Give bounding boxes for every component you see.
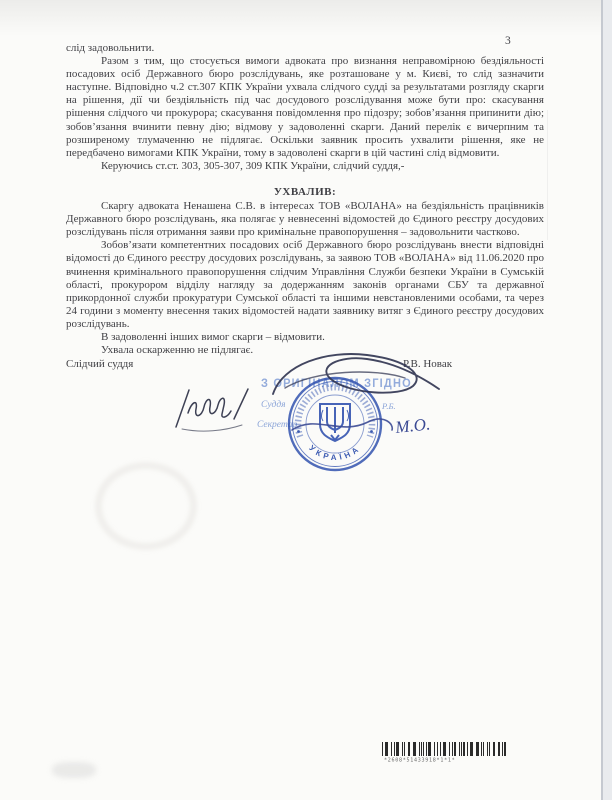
barcode-bar bbox=[419, 742, 420, 756]
scan-right-edge bbox=[601, 0, 612, 800]
barcode-bar bbox=[443, 742, 446, 756]
barcode-bar bbox=[428, 742, 431, 756]
barcode-bar bbox=[467, 742, 468, 756]
barcode-text: *2608*51433918*1*1* bbox=[384, 757, 455, 763]
barcode-bar bbox=[423, 742, 424, 756]
barcode-bar bbox=[413, 742, 416, 756]
barcode-bar bbox=[489, 742, 490, 756]
barcode-bar bbox=[382, 742, 383, 756]
flourish-signature bbox=[255, 348, 455, 412]
doc-paragraph: Разом з тим, що стосується вимоги адвока… bbox=[66, 55, 544, 160]
doc-paragraph: Скаргу адвоката Ненашена С.В. в інтереса… bbox=[66, 200, 544, 239]
document-body: слід задовольнити.Разом з тим, що стосує… bbox=[66, 42, 544, 373]
ruling-heading: УХВАЛИВ: bbox=[66, 186, 544, 199]
barcode-bar bbox=[483, 742, 484, 756]
doc-paragraph: слід задовольнити. bbox=[66, 42, 544, 55]
barcode-bar bbox=[487, 742, 488, 756]
barcode-bar bbox=[461, 742, 462, 756]
signature-role-label: Слідчий суддя bbox=[66, 358, 133, 371]
barcode-bar bbox=[385, 742, 388, 756]
barcode-bar bbox=[459, 742, 460, 756]
barcode-bar bbox=[394, 742, 395, 756]
barcode-bar bbox=[391, 742, 392, 756]
scan-artifact-line bbox=[547, 110, 548, 240]
barcode-bar bbox=[449, 742, 450, 756]
barcode-bar bbox=[470, 742, 473, 756]
seal-bleedthrough-ghost bbox=[95, 462, 197, 550]
barcode-bar bbox=[498, 742, 500, 756]
barcode-bar bbox=[421, 742, 422, 756]
barcode-bar bbox=[426, 742, 427, 756]
scanned-court-document: { "page": { "number": "3" }, "document":… bbox=[0, 0, 612, 800]
barcode-bar bbox=[437, 742, 438, 756]
doc-paragraph: В задоволенні інших вимог скарги – відмо… bbox=[66, 331, 544, 344]
doc-paragraph: Керуючись ст.ст. 303, 305-307, 309 КПК У… bbox=[66, 160, 544, 173]
barcode-bar bbox=[404, 742, 405, 756]
barcode-bar bbox=[481, 742, 482, 756]
barcode-bar bbox=[402, 742, 403, 756]
scan-smudge bbox=[52, 762, 96, 778]
secretary-initials: М.О. bbox=[393, 414, 431, 437]
barcode-bar bbox=[454, 742, 456, 756]
barcode-bar bbox=[434, 742, 435, 756]
barcode-bar bbox=[440, 742, 441, 756]
barcode-bar bbox=[396, 742, 399, 756]
barcode-bar bbox=[408, 742, 410, 756]
barcode-bar bbox=[504, 742, 506, 756]
doc-paragraph: Зобов’язати компетентних посадових осіб … bbox=[66, 239, 544, 331]
barcode bbox=[382, 742, 510, 756]
barcode-bar bbox=[493, 742, 495, 756]
secretary-signature: М.О. bbox=[288, 406, 453, 446]
judge-signature bbox=[162, 383, 262, 435]
barcode-bar bbox=[502, 742, 503, 756]
barcode-bar bbox=[476, 742, 479, 756]
scan-top-shade bbox=[0, 0, 612, 36]
barcode-bar bbox=[463, 742, 465, 756]
barcode-bar bbox=[452, 742, 453, 756]
